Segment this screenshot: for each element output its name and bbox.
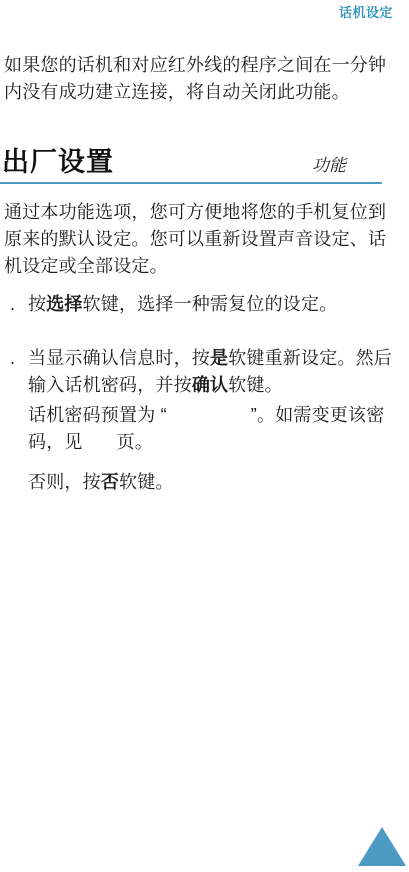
step-text: 当显示确认信息时，按是软键重新设定。然后输入话机密码，并按确认软键。 [28, 345, 405, 399]
password-note-segment: 话机密码预置为 “ [28, 405, 167, 425]
otherwise-segment: 否则，按 [28, 472, 101, 492]
step-text-segment: 当显示确认信息时，按 [28, 348, 210, 368]
step-marker: . [10, 345, 28, 372]
otherwise-paragraph: 否则，按否软键。 [28, 469, 403, 496]
section-heading-row: 出厂设置 功能 [2, 146, 382, 178]
softkey-label: 确认 [192, 375, 228, 395]
softkey-label: 选择 [46, 294, 82, 314]
otherwise-segment: 软键。 [119, 472, 174, 492]
intro-paragraph: 如果您的话机和对应红外线的程序之间在一分钟内没有成功建立连接，将自动关闭此功能。 [4, 52, 404, 106]
section-side-label: 功能 [312, 155, 346, 177]
section-title: 出厂设置 [2, 146, 114, 178]
description-paragraph: 通过本功能选项，您可方便地将您的手机复位到原来的默认设定。您可以重新设置声音设定… [4, 199, 404, 280]
step-text-segment: 按 [28, 294, 46, 314]
step-text-segment: 软键，选择一种需复位的设定。 [83, 294, 338, 314]
manual-page: 话机设定 如果您的话机和对应红外线的程序之间在一分钟内没有成功建立连接，将自动关… [0, 0, 409, 872]
softkey-label: 是 [210, 348, 228, 368]
step-text-segment: 软键。 [228, 375, 283, 395]
step-text: 按选择软键，选择一种需复位的设定。 [28, 291, 405, 318]
password-note-paragraph: 话机密码预置为 “”。如需变更该密码，见页。 [28, 402, 403, 456]
step-item-1: . 按选择软键，选择一种需复位的设定。 [10, 291, 405, 318]
softkey-label: 否 [101, 472, 119, 492]
step-marker: . [10, 291, 28, 318]
password-note-segment: 页。 [117, 432, 153, 452]
corner-triangle-icon [358, 827, 406, 866]
section-divider-rule [0, 182, 382, 184]
step-item-2: . 当显示确认信息时，按是软键重新设定。然后输入话机密码，并按确认软键。 [10, 345, 405, 399]
running-header-label: 话机设定 [339, 2, 393, 21]
